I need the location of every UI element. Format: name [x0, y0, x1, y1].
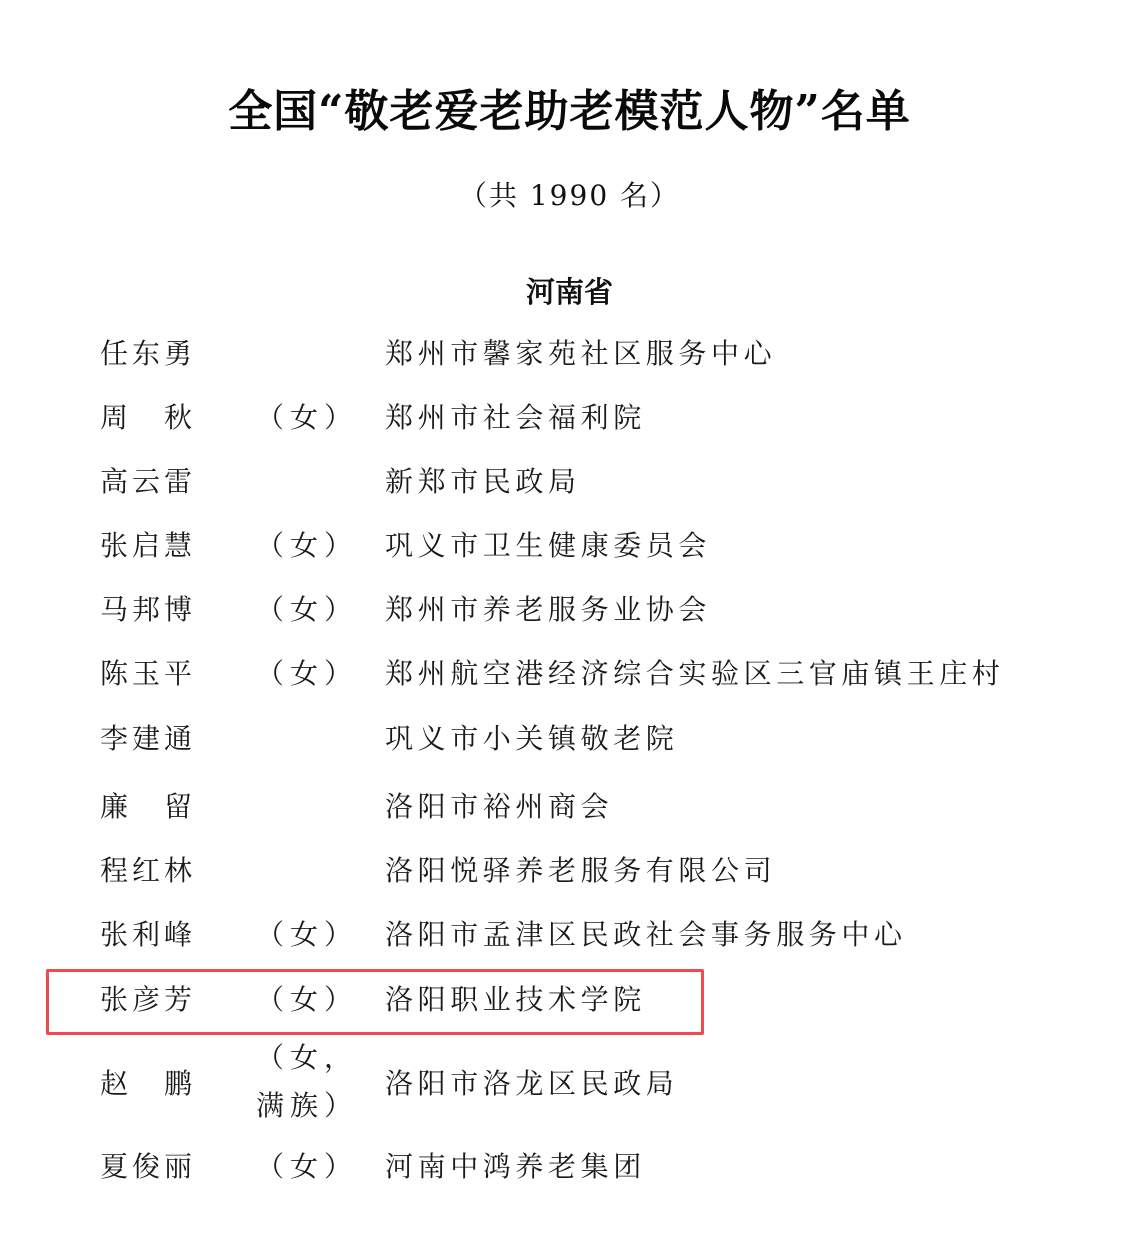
- person-note: （女）: [256, 975, 358, 1025]
- person-note: （女）: [256, 649, 358, 699]
- list-item: 赵 鹏 （女， 满族） 洛阳市洛龙区民政局: [0, 1034, 1139, 1134]
- person-name: 陈玉平: [100, 649, 196, 699]
- person-organization: 洛阳市洛龙区民政局: [385, 1059, 678, 1109]
- person-name: 张利峰: [100, 910, 196, 960]
- list-item: 马邦博 （女） 郑州市养老服务业协会: [0, 585, 1139, 635]
- person-name: 张彦芳: [100, 975, 196, 1025]
- person-organization: 河南中鸿养老集团: [385, 1142, 646, 1192]
- person-name: 李建通: [100, 714, 196, 764]
- person-name: 任东勇: [100, 329, 196, 379]
- person-organization: 洛阳悦驿养老服务有限公司: [385, 846, 776, 896]
- person-organization: 洛阳市裕州商会: [385, 782, 613, 832]
- person-note: （女， 满族）: [256, 1034, 358, 1130]
- person-organization: 洛阳职业技术学院: [385, 975, 646, 1025]
- person-organization: 新郑市民政局: [385, 457, 581, 507]
- document-subtitle: （共 1990 名）: [0, 176, 1139, 216]
- person-name: 夏俊丽: [100, 1142, 196, 1192]
- document-title: 全国“敬老爱老助老模范人物”名单: [0, 82, 1139, 142]
- person-name: 马邦博: [100, 585, 196, 635]
- person-organization: 郑州市社会福利院: [385, 393, 646, 443]
- person-note: （女）: [256, 393, 358, 443]
- list-item: 任东勇 郑州市馨家苑社区服务中心: [0, 329, 1139, 379]
- person-name: 廉 留: [100, 782, 196, 832]
- list-item: 夏俊丽 （女） 河南中鸿养老集团: [0, 1142, 1139, 1192]
- list-item: 张启慧 （女） 巩义市卫生健康委员会: [0, 521, 1139, 571]
- person-name: 张启慧: [100, 521, 196, 571]
- list-item: 李建通 巩义市小关镇敬老院: [0, 714, 1139, 764]
- person-organization: 巩义市卫生健康委员会: [385, 521, 711, 571]
- person-note: （女）: [256, 521, 358, 571]
- person-organization: 郑州市养老服务业协会: [385, 585, 711, 635]
- list-item: 程红林 洛阳悦驿养老服务有限公司: [0, 846, 1139, 896]
- person-name: 程红林: [100, 846, 196, 896]
- person-name: 周 秋: [100, 393, 196, 443]
- person-organization: 郑州航空港经济综合实验区三官庙镇王庄村: [385, 649, 1004, 699]
- list-item: 高云雷 新郑市民政局: [0, 457, 1139, 507]
- person-note: （女）: [256, 910, 358, 960]
- person-organization: 巩义市小关镇敬老院: [385, 714, 678, 764]
- person-organization: 洛阳市孟津区民政社会事务服务中心: [385, 910, 907, 960]
- person-note: （女）: [256, 1142, 358, 1192]
- section-heading-province: 河南省: [0, 270, 1139, 314]
- list-item: 张利峰 （女） 洛阳市孟津区民政社会事务服务中心: [0, 910, 1139, 960]
- list-item: 周 秋 （女） 郑州市社会福利院: [0, 393, 1139, 443]
- person-note: （女）: [256, 585, 358, 635]
- person-name: 高云雷: [100, 457, 196, 507]
- list-item: 廉 留 洛阳市裕州商会: [0, 782, 1139, 832]
- list-item: 陈玉平 （女） 郑州航空港经济综合实验区三官庙镇王庄村: [0, 649, 1139, 699]
- list-item-highlighted: 张彦芳 （女） 洛阳职业技术学院: [0, 975, 1139, 1025]
- person-name: 赵 鹏: [100, 1059, 196, 1109]
- person-organization: 郑州市馨家苑社区服务中心: [385, 329, 776, 379]
